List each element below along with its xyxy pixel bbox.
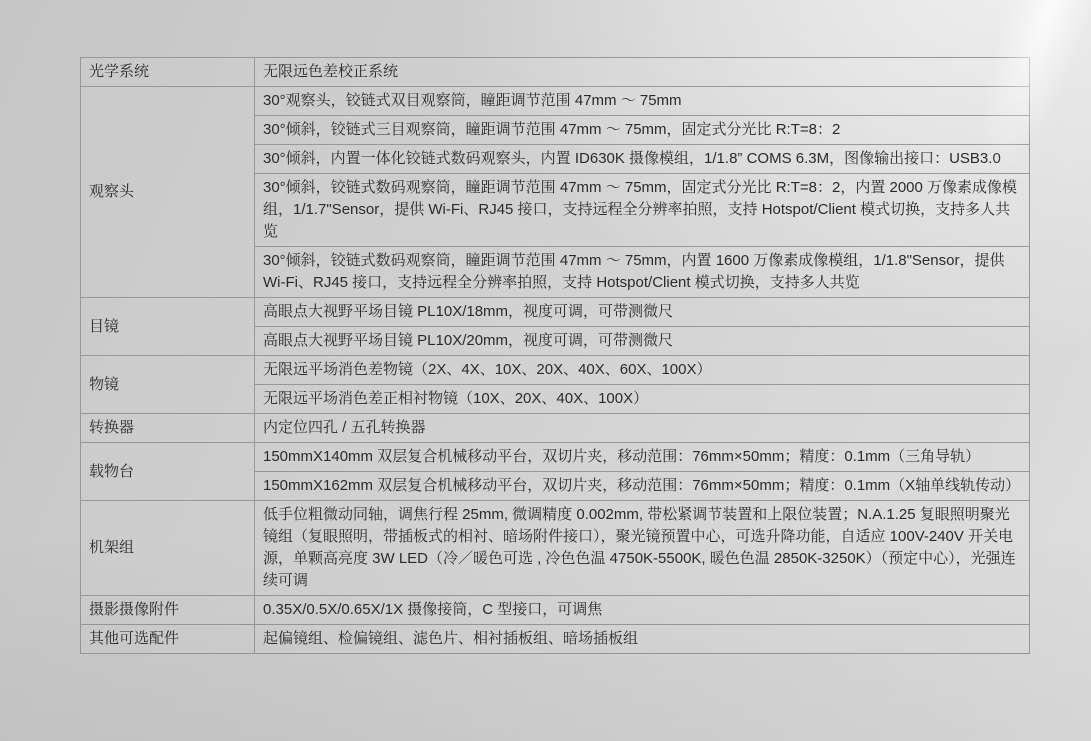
spec-cell-nosepiece: 内定位四孔 / 五孔转换器 xyxy=(255,414,1030,443)
specification-table: 光学系统 无限远色差校正系统 观察头 30°观察头，铰链式双目观察筒，瞳距调节范… xyxy=(80,57,1030,654)
spec-cell-objective-1: 无限远平场消色差物镜（2X、4X、10X、20X、40X、60X、100X） xyxy=(255,356,1030,385)
spec-cell-optional-accessory: 起偏镜组、检偏镜组、滤色片、相衬插板组、暗场插板组 xyxy=(255,625,1030,654)
row-label-objective: 物镜 xyxy=(81,356,255,414)
spec-cell-objective-2: 无限远平场消色差正相衬物镜（10X、20X、40X、100X） xyxy=(255,385,1030,414)
spec-cell-stage-1: 150mmX140mm 双层复合机械移动平台，双切片夹，移动范围：76mm×50… xyxy=(255,443,1030,472)
row-label-observation-head: 观察头 xyxy=(81,87,255,298)
spec-cell-optical-system: 无限远色差校正系统 xyxy=(255,58,1030,87)
table-row: 目镜 高眼点大视野平场目镜 PL10X/18mm，视度可调，可带测微尺 xyxy=(81,298,1030,327)
spec-cell-observation-head-1: 30°观察头，铰链式双目观察筒，瞳距调节范围 47mm ～ 75mm xyxy=(255,87,1030,116)
row-label-eyepiece: 目镜 xyxy=(81,298,255,356)
table-row: 观察头 30°观察头，铰链式双目观察筒，瞳距调节范围 47mm ～ 75mm xyxy=(81,87,1030,116)
spec-cell-camera-accessory: 0.35X/0.5X/0.65X/1X 摄像接筒，C 型接口，可调焦 xyxy=(255,596,1030,625)
table-row: 光学系统 无限远色差校正系统 xyxy=(81,58,1030,87)
table-row: 机架组 低手位粗微动同轴，调焦行程 25mm, 微调精度 0.002mm, 带松… xyxy=(81,501,1030,596)
row-label-stage: 载物台 xyxy=(81,443,255,501)
table-row: 载物台 150mmX140mm 双层复合机械移动平台，双切片夹，移动范围：76m… xyxy=(81,443,1030,472)
spec-page: 光学系统 无限远色差校正系统 观察头 30°观察头，铰链式双目观察筒，瞳距调节范… xyxy=(0,0,1091,741)
spec-cell-observation-head-3: 30°倾斜，内置一体化铰链式数码观察头，内置 ID630K 摄像模组，1/1.8… xyxy=(255,145,1030,174)
table-row: 其他可选配件 起偏镜组、检偏镜组、滤色片、相衬插板组、暗场插板组 xyxy=(81,625,1030,654)
spec-cell-frame-group: 低手位粗微动同轴，调焦行程 25mm, 微调精度 0.002mm, 带松紧调节装… xyxy=(255,501,1030,596)
spec-cell-observation-head-4: 30°倾斜，铰链式数码观察筒，瞳距调节范围 47mm ～ 75mm，固定式分光比… xyxy=(255,174,1030,247)
spec-cell-observation-head-2: 30°倾斜，铰链式三目观察筒，瞳距调节范围 47mm ～ 75mm，固定式分光比… xyxy=(255,116,1030,145)
row-label-optical-system: 光学系统 xyxy=(81,58,255,87)
spec-cell-eyepiece-1: 高眼点大视野平场目镜 PL10X/18mm，视度可调，可带测微尺 xyxy=(255,298,1030,327)
row-label-frame-group: 机架组 xyxy=(81,501,255,596)
table-row: 转换器 内定位四孔 / 五孔转换器 xyxy=(81,414,1030,443)
row-label-optional-accessory: 其他可选配件 xyxy=(81,625,255,654)
spec-cell-stage-2: 150mmX162mm 双层复合机械移动平台，双切片夹，移动范围：76mm×50… xyxy=(255,472,1030,501)
row-label-nosepiece: 转换器 xyxy=(81,414,255,443)
spec-cell-eyepiece-2: 高眼点大视野平场目镜 PL10X/20mm，视度可调，可带测微尺 xyxy=(255,327,1030,356)
spec-cell-observation-head-5: 30°倾斜，铰链式数码观察筒，瞳距调节范围 47mm ～ 75mm，内置 160… xyxy=(255,247,1030,298)
table-row: 摄影摄像附件 0.35X/0.5X/0.65X/1X 摄像接筒，C 型接口，可调… xyxy=(81,596,1030,625)
row-label-camera-accessory: 摄影摄像附件 xyxy=(81,596,255,625)
table-row: 物镜 无限远平场消色差物镜（2X、4X、10X、20X、40X、60X、100X… xyxy=(81,356,1030,385)
